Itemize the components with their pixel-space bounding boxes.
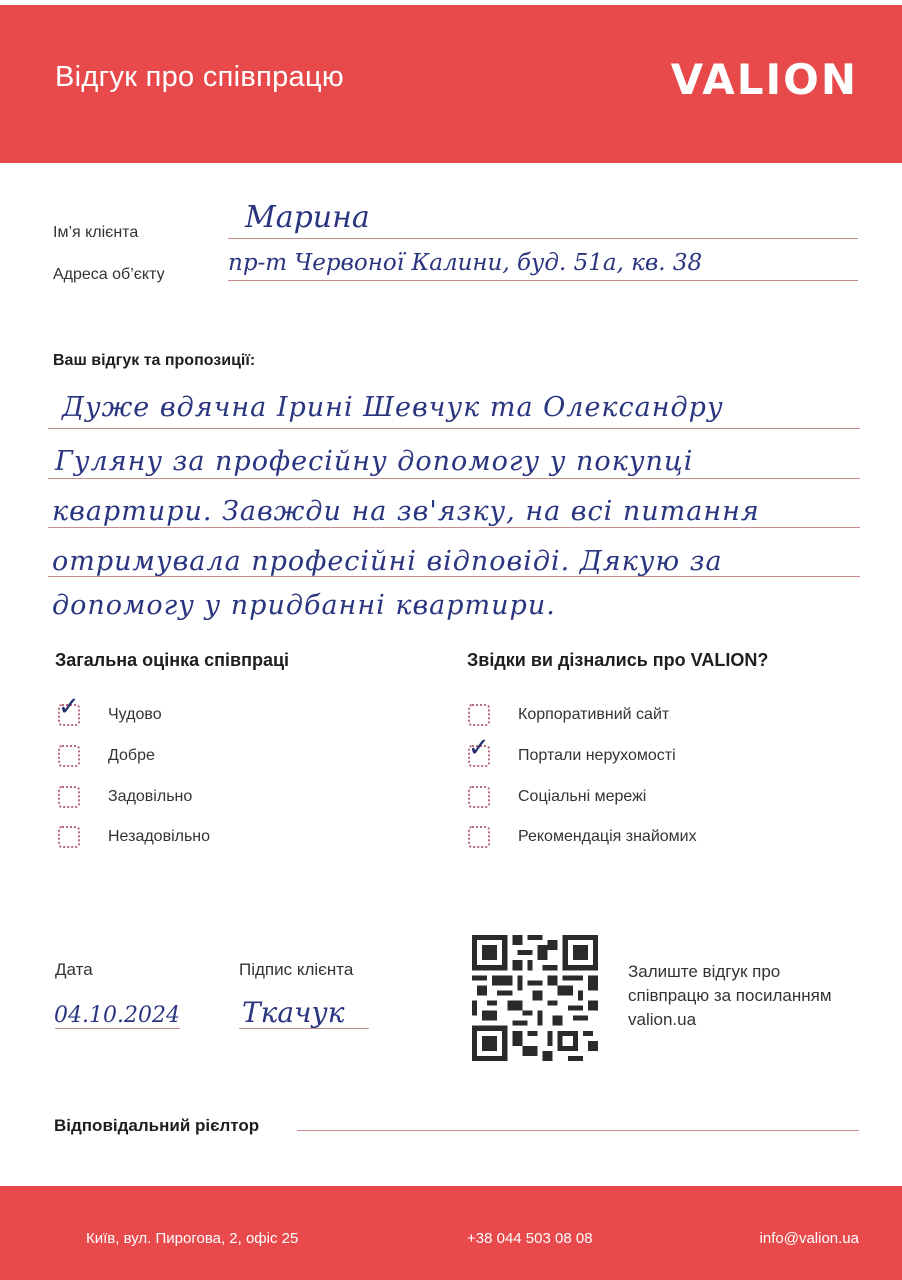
checkbox[interactable] xyxy=(58,826,80,848)
date-line xyxy=(55,1028,180,1029)
date-value[interactable]: 04.10.2024 xyxy=(54,1003,180,1028)
checkbox[interactable] xyxy=(468,786,490,808)
rating-title: Загальна оцінка співпраці xyxy=(55,650,289,671)
source-option-website[interactable]: Корпоративний сайт xyxy=(468,704,669,726)
footer-banner: Київ, вул. Пирогова, 2, офіс 25 +38 044 … xyxy=(0,1186,902,1280)
email-link[interactable]: info@valion.ua xyxy=(760,1230,859,1247)
realtor-field[interactable] xyxy=(297,1130,859,1131)
qr-code-icon[interactable] xyxy=(472,935,598,1061)
feedback-rule xyxy=(48,428,860,429)
phone-number[interactable]: +38 044 503 08 08 xyxy=(467,1230,593,1247)
form-title: Відгук про співпрацю xyxy=(55,61,344,94)
rating-option-satisfactory[interactable]: Задовільно xyxy=(58,786,192,808)
office-address: Київ, вул. Пирогова, 2, офіс 25 xyxy=(86,1230,298,1247)
rating-option-excellent[interactable]: ✓ Чудово xyxy=(58,704,162,726)
signature-value[interactable]: Ткачук xyxy=(242,996,344,1029)
client-name-label: Ім’я клієнта xyxy=(53,224,138,242)
address-label: Адреса об’єкту xyxy=(53,266,165,284)
feedback-rule xyxy=(48,478,860,479)
address-value[interactable]: пр-т Червоної Калини, буд. 51а, кв. 38 xyxy=(228,250,702,276)
client-name-value[interactable]: Марина xyxy=(245,200,370,235)
checkbox[interactable] xyxy=(58,786,80,808)
signature-label: Підпис клієнта xyxy=(239,960,353,980)
brand-logo: VALION xyxy=(671,55,858,104)
website-link[interactable]: valion.ua xyxy=(628,1008,888,1032)
realtor-label: Відповідальний рієлтор xyxy=(54,1116,259,1136)
checkbox[interactable]: ✓ xyxy=(468,745,490,767)
feedback-rule xyxy=(48,527,860,528)
feedback-line: Дуже вдячна Ірині Шевчук та Олександру xyxy=(62,392,724,423)
feedback-line: квартири. Завжди на зв'язку, на всі пита… xyxy=(52,496,760,527)
rating-option-unsatisfactory[interactable]: Незадовільно xyxy=(58,826,210,848)
signature-line xyxy=(239,1028,369,1029)
feedback-line: отримувала професійні відповіді. Дякую з… xyxy=(52,546,723,577)
source-option-social[interactable]: Соціальні мережі xyxy=(468,786,646,808)
address-line xyxy=(228,280,858,281)
feedback-rule xyxy=(48,576,860,577)
feedback-label: Ваш відгук та пропозиції: xyxy=(53,352,255,370)
checkbox[interactable] xyxy=(468,826,490,848)
feedback-line: допомогу у придбанні квартири. xyxy=(52,590,556,621)
rating-option-good[interactable]: Добре xyxy=(58,745,155,767)
source-option-referral[interactable]: Рекомендація знайомих xyxy=(468,826,697,848)
feedback-line: Гуляну за професійну допомогу у покупці xyxy=(55,446,693,477)
source-option-portals[interactable]: ✓ Портали нерухомості xyxy=(468,745,676,767)
check-mark-icon: ✓ xyxy=(58,692,80,722)
date-label: Дата xyxy=(55,960,93,980)
checkbox[interactable] xyxy=(468,704,490,726)
source-title: Звідки ви дізнались про VALION? xyxy=(467,650,768,671)
client-name-line xyxy=(228,238,858,239)
qr-caption: Залиште відгук про співпрацю за посиланн… xyxy=(628,960,888,1032)
check-mark-icon: ✓ xyxy=(468,733,490,763)
checkbox[interactable]: ✓ xyxy=(58,704,80,726)
checkbox[interactable] xyxy=(58,745,80,767)
header-banner: Відгук про співпрацю VALION xyxy=(0,5,902,163)
